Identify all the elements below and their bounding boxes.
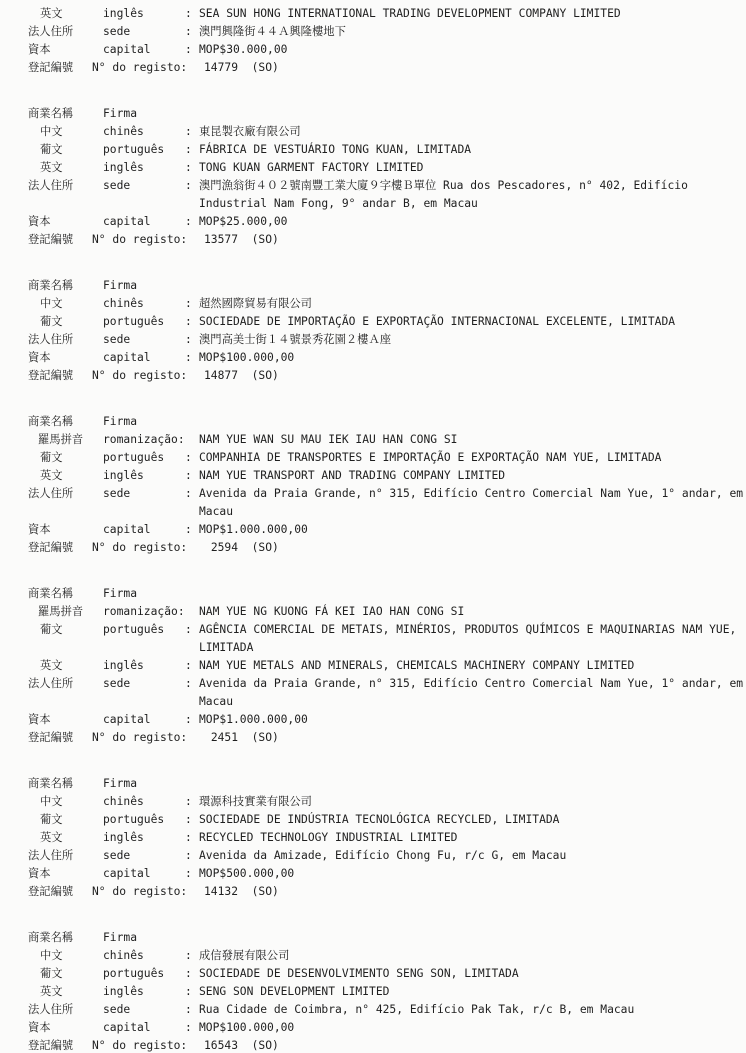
field-label-pt: Firma <box>103 929 185 947</box>
field-label-pt: Firma <box>103 413 185 431</box>
field-row: 資本capital:MOP$100.000,00 <box>28 349 746 367</box>
field-label-pt: inglês <box>103 829 185 847</box>
field-separator <box>185 929 199 947</box>
field-label-zh: 登記編號 <box>28 231 92 249</box>
field-row: 英文inglês:TONG KUAN GARMENT FACTORY LIMIT… <box>28 159 746 177</box>
field-row: 英文inglês:NAM YUE TRANSPORT AND TRADING C… <box>28 467 746 485</box>
field-label-pt: sede <box>103 675 185 711</box>
company-record: 商業名稱Firma中文chinês:環源科技實業有限公司葡文português:… <box>28 775 746 901</box>
field-value: NAM YUE NG KUONG FÁ KEI IAO HAN CONG SI <box>199 603 746 621</box>
field-row: 中文chinês:超然國際貿易有限公司 <box>28 295 746 313</box>
field-separator: : <box>185 965 199 983</box>
field-value <box>199 413 746 431</box>
field-label-pt: capital <box>103 711 185 729</box>
field-label-zh: 登記編號 <box>28 1037 92 1053</box>
field-label-zh: 法人住所 <box>28 177 103 213</box>
field-separator: : <box>185 23 199 41</box>
company-record: 英文inglês:SEA SUN HONG INTERNATIONAL TRAD… <box>28 5 746 77</box>
field-separator: : <box>185 41 199 59</box>
field-label-pt: N° do registo: <box>92 367 204 385</box>
field-label-zh: 商業名稱 <box>28 775 103 793</box>
field-label-pt: chinês <box>103 123 185 141</box>
field-value: 澳門高美士街１４號景秀花園２樓Ａ座 <box>199 331 746 349</box>
field-separator: : <box>185 485 199 521</box>
field-row: 商業名稱Firma <box>28 775 746 793</box>
field-row: 英文inglês:RECYCLED TECHNOLOGY INDUSTRIAL … <box>28 829 746 847</box>
field-value: MOP$25.000,00 <box>199 213 746 231</box>
field-row: 葡文português:COMPANHIA DE TRANSPORTES E I… <box>28 449 746 467</box>
field-row: 羅馬拼音romanização:NAM YUE NG KUONG FÁ KEI … <box>28 603 746 621</box>
field-value: SENG SON DEVELOPMENT LIMITED <box>199 983 746 1001</box>
field-value <box>199 277 746 295</box>
field-row: 資本capital:MOP$100.000,00 <box>28 1019 746 1037</box>
field-separator: : <box>185 5 199 23</box>
field-separator: : <box>185 213 199 231</box>
field-value: AGÊNCIA COMERCIAL DE METAIS, MINÉRIOS, P… <box>199 621 746 657</box>
field-label-zh: 羅馬拼音 <box>28 603 103 621</box>
field-value: Avenida da Praia Grande, n° 315, Edifíci… <box>199 675 746 711</box>
field-separator <box>185 585 199 603</box>
field-label-zh: 英文 <box>28 467 103 485</box>
field-value: 澳門興隆街４４Ａ興隆樓地下 <box>199 23 746 41</box>
field-label-pt: sede <box>103 23 185 41</box>
field-value: 14877 (SO) <box>204 367 746 385</box>
field-row: 法人住所sede:澳門高美士街１４號景秀花園２樓Ａ座 <box>28 331 746 349</box>
field-row: 資本capital:MOP$25.000,00 <box>28 213 746 231</box>
field-value: 2594 (SO) <box>204 539 746 557</box>
field-label-zh: 法人住所 <box>28 23 103 41</box>
company-record: 商業名稱Firma羅馬拼音romanização:NAM YUE WAN SU … <box>28 413 746 557</box>
field-value: Avenida da Amizade, Edifício Chong Fu, r… <box>199 847 746 865</box>
field-value: SEA SUN HONG INTERNATIONAL TRADING DEVEL… <box>199 5 746 23</box>
field-separator: : <box>185 467 199 485</box>
field-row: 資本capital:MOP$1.000.000,00 <box>28 711 746 729</box>
field-value: FÁBRICA DE VESTUÁRIO TONG KUAN, LIMITADA <box>199 141 746 159</box>
field-separator: : <box>185 1019 199 1037</box>
field-value: MOP$30.000,00 <box>199 41 746 59</box>
field-value <box>199 929 746 947</box>
field-label-zh: 資本 <box>28 213 103 231</box>
field-label-zh: 葡文 <box>28 449 103 467</box>
field-separator: : <box>185 159 199 177</box>
field-label-pt: romanização: <box>103 603 199 621</box>
field-separator: : <box>185 521 199 539</box>
field-value: Avenida da Praia Grande, n° 315, Edifíci… <box>199 485 746 521</box>
field-label-pt: capital <box>103 865 185 883</box>
field-value: MOP$500.000,00 <box>199 865 746 883</box>
field-value: MOP$100.000,00 <box>199 1019 746 1037</box>
field-label-zh: 商業名稱 <box>28 585 103 603</box>
field-label-zh: 登記編號 <box>28 883 92 901</box>
field-label-pt: Firma <box>103 277 185 295</box>
field-row: 法人住所sede:澳門興隆街４４Ａ興隆樓地下 <box>28 23 746 41</box>
field-label-zh: 登記編號 <box>28 729 92 747</box>
field-label-zh: 中文 <box>28 123 103 141</box>
field-row: 登記編號N° do registo:14132 (SO) <box>28 883 746 901</box>
field-row: 商業名稱Firma <box>28 277 746 295</box>
field-value: NAM YUE METALS AND MINERALS, CHEMICALS M… <box>199 657 746 675</box>
field-label-zh: 中文 <box>28 295 103 313</box>
field-row: 法人住所sede:Avenida da Amizade, Edifício Ch… <box>28 847 746 865</box>
field-label-pt: português <box>103 313 185 331</box>
field-separator <box>185 775 199 793</box>
field-label-pt: capital <box>103 1019 185 1037</box>
field-label-zh: 登記編號 <box>28 59 92 77</box>
field-label-pt: português <box>103 141 185 159</box>
field-value: TONG KUAN GARMENT FACTORY LIMITED <box>199 159 746 177</box>
field-label-pt: português <box>103 621 185 657</box>
field-label-pt: capital <box>103 349 185 367</box>
field-separator: : <box>185 123 199 141</box>
field-label-pt: N° do registo: <box>92 729 204 747</box>
field-row: 葡文português:SOCIEDADE DE IMPORTAÇÃO E EX… <box>28 313 746 331</box>
field-label-pt: N° do registo: <box>92 1037 204 1053</box>
field-separator: : <box>185 711 199 729</box>
field-separator: : <box>185 847 199 865</box>
field-separator: : <box>185 829 199 847</box>
field-row: 葡文português:AGÊNCIA COMERCIAL DE METAIS,… <box>28 621 746 657</box>
field-row: 商業名稱Firma <box>28 105 746 123</box>
field-label-zh: 葡文 <box>28 965 103 983</box>
field-label-pt: chinês <box>103 295 185 313</box>
field-label-pt: N° do registo: <box>92 231 204 249</box>
field-label-pt: sede <box>103 331 185 349</box>
field-label-zh: 英文 <box>28 829 103 847</box>
field-label-zh: 英文 <box>28 5 103 23</box>
field-separator <box>185 105 199 123</box>
field-label-zh: 法人住所 <box>28 847 103 865</box>
field-label-zh: 法人住所 <box>28 485 103 521</box>
field-separator: : <box>185 657 199 675</box>
field-separator <box>185 413 199 431</box>
field-value <box>199 585 746 603</box>
field-separator: : <box>185 793 199 811</box>
field-label-zh: 英文 <box>28 983 103 1001</box>
field-label-zh: 資本 <box>28 865 103 883</box>
field-label-pt: capital <box>103 41 185 59</box>
field-label-zh: 法人住所 <box>28 675 103 711</box>
field-label-pt: Firma <box>103 105 185 123</box>
field-value: SOCIEDADE DE IMPORTAÇÃO E EXPORTAÇÃO INT… <box>199 313 746 331</box>
field-value: 14132 (SO) <box>204 883 746 901</box>
field-row: 登記編號N° do registo: 2451 (SO) <box>28 729 746 747</box>
field-row: 法人住所sede:澳門漁翁街４０２號南豐工業大廈９字樓Ｂ單位 Rua dos P… <box>28 177 746 213</box>
field-separator: : <box>185 947 199 965</box>
field-label-pt: romanização: <box>103 431 199 449</box>
field-label-pt: português <box>103 811 185 829</box>
field-label-zh: 法人住所 <box>28 331 103 349</box>
field-label-zh: 法人住所 <box>28 1001 103 1019</box>
field-separator: : <box>185 983 199 1001</box>
field-row: 登記編號N° do registo: 2594 (SO) <box>28 539 746 557</box>
field-label-zh: 資本 <box>28 1019 103 1037</box>
field-label-pt: inglês <box>103 5 185 23</box>
field-row: 英文inglês:NAM YUE METALS AND MINERALS, CH… <box>28 657 746 675</box>
field-separator: : <box>185 177 199 213</box>
field-label-pt: chinês <box>103 947 185 965</box>
field-value: 澳門漁翁街４０２號南豐工業大廈９字樓Ｂ單位 Rua dos Pescadores… <box>199 177 746 213</box>
company-record: 商業名稱Firma中文chinês:成信發展有限公司葡文português:SO… <box>28 929 746 1053</box>
field-label-pt: sede <box>103 177 185 213</box>
field-separator: : <box>185 675 199 711</box>
field-label-zh: 中文 <box>28 947 103 965</box>
field-row: 登記編號N° do registo:14779 (SO) <box>28 59 746 77</box>
field-label-pt: capital <box>103 521 185 539</box>
field-value: COMPANHIA DE TRANSPORTES E IMPORTAÇÃO E … <box>199 449 746 467</box>
field-label-zh: 葡文 <box>28 811 103 829</box>
field-label-pt: sede <box>103 847 185 865</box>
field-separator: : <box>185 1001 199 1019</box>
field-value <box>199 105 746 123</box>
field-label-zh: 資本 <box>28 711 103 729</box>
field-row: 登記編號N° do registo:13577 (SO) <box>28 231 746 249</box>
field-row: 葡文português:FÁBRICA DE VESTUÁRIO TONG KU… <box>28 141 746 159</box>
field-label-zh: 資本 <box>28 349 103 367</box>
field-label-pt: inglês <box>103 467 185 485</box>
field-row: 法人住所sede:Avenida da Praia Grande, n° 315… <box>28 485 746 521</box>
field-label-zh: 資本 <box>28 521 103 539</box>
field-label-zh: 商業名稱 <box>28 929 103 947</box>
field-value: 超然國際貿易有限公司 <box>199 295 746 313</box>
field-label-zh: 羅馬拼音 <box>28 431 103 449</box>
company-record: 商業名稱Firma羅馬拼音romanização:NAM YUE NG KUON… <box>28 585 746 747</box>
field-label-pt: inglês <box>103 983 185 1001</box>
field-row: 法人住所sede:Avenida da Praia Grande, n° 315… <box>28 675 746 711</box>
field-row: 中文chinês:東昆製衣廠有限公司 <box>28 123 746 141</box>
field-separator: : <box>185 331 199 349</box>
field-separator: : <box>185 811 199 829</box>
field-separator: : <box>185 295 199 313</box>
field-value: 東昆製衣廠有限公司 <box>199 123 746 141</box>
field-label-pt: capital <box>103 213 185 231</box>
field-label-zh: 英文 <box>28 159 103 177</box>
field-label-pt: inglês <box>103 159 185 177</box>
field-row: 羅馬拼音romanização:NAM YUE WAN SU MAU IEK I… <box>28 431 746 449</box>
field-row: 資本capital:MOP$30.000,00 <box>28 41 746 59</box>
field-value: MOP$100.000,00 <box>199 349 746 367</box>
field-row: 英文inglês:SEA SUN HONG INTERNATIONAL TRAD… <box>28 5 746 23</box>
field-label-pt: chinês <box>103 793 185 811</box>
field-separator: : <box>185 621 199 657</box>
field-row: 法人住所sede:Rua Cidade de Coimbra, n° 425, … <box>28 1001 746 1019</box>
field-value: MOP$1.000.000,00 <box>199 521 746 539</box>
field-separator: : <box>185 313 199 331</box>
field-row: 中文chinês:成信發展有限公司 <box>28 947 746 965</box>
company-record: 商業名稱Firma中文chinês:東昆製衣廠有限公司葡文português:F… <box>28 105 746 249</box>
field-label-pt: português <box>103 965 185 983</box>
field-value: MOP$1.000.000,00 <box>199 711 746 729</box>
field-separator <box>185 277 199 295</box>
field-row: 商業名稱Firma <box>28 929 746 947</box>
field-label-zh: 商業名稱 <box>28 105 103 123</box>
field-label-zh: 英文 <box>28 657 103 675</box>
field-value: 環源科技實業有限公司 <box>199 793 746 811</box>
field-label-pt: Firma <box>103 585 185 603</box>
field-label-pt: inglês <box>103 657 185 675</box>
field-row: 葡文português:SOCIEDADE DE DESENVOLVIMENTO… <box>28 965 746 983</box>
field-row: 中文chinês:環源科技實業有限公司 <box>28 793 746 811</box>
field-label-pt: Firma <box>103 775 185 793</box>
field-label-zh: 葡文 <box>28 141 103 159</box>
field-label-pt: sede <box>103 1001 185 1019</box>
field-label-pt: N° do registo: <box>92 539 204 557</box>
company-record: 商業名稱Firma中文chinês:超然國際貿易有限公司葡文português:… <box>28 277 746 385</box>
field-row: 商業名稱Firma <box>28 585 746 603</box>
field-label-pt: português <box>103 449 185 467</box>
field-separator: : <box>185 865 199 883</box>
field-label-pt: sede <box>103 485 185 521</box>
field-row: 登記編號N° do registo:14877 (SO) <box>28 367 746 385</box>
field-value: SOCIEDADE DE DESENVOLVIMENTO SENG SON, L… <box>199 965 746 983</box>
field-value: 13577 (SO) <box>204 231 746 249</box>
field-label-zh: 葡文 <box>28 313 103 331</box>
field-label-zh: 登記編號 <box>28 539 92 557</box>
field-label-zh: 登記編號 <box>28 367 92 385</box>
field-label-zh: 葡文 <box>28 621 103 657</box>
field-value: RECYCLED TECHNOLOGY INDUSTRIAL LIMITED <box>199 829 746 847</box>
field-label-zh: 商業名稱 <box>28 413 103 431</box>
field-label-pt: N° do registo: <box>92 883 204 901</box>
field-row: 英文inglês:SENG SON DEVELOPMENT LIMITED <box>28 983 746 1001</box>
field-value: 2451 (SO) <box>204 729 746 747</box>
field-value: Rua Cidade de Coimbra, n° 425, Edifício … <box>199 1001 746 1019</box>
field-label-zh: 資本 <box>28 41 103 59</box>
field-label-zh: 商業名稱 <box>28 277 103 295</box>
field-value: 16543 (SO) <box>204 1037 746 1053</box>
field-row: 葡文português:SOCIEDADE DE INDÚSTRIA TECNO… <box>28 811 746 829</box>
field-value <box>199 775 746 793</box>
field-label-pt: N° do registo: <box>92 59 204 77</box>
registry-page: 英文inglês:SEA SUN HONG INTERNATIONAL TRAD… <box>0 0 746 1053</box>
field-separator: : <box>185 141 199 159</box>
field-value: NAM YUE WAN SU MAU IEK IAU HAN CONG SI <box>199 431 746 449</box>
field-row: 登記編號N° do registo:16543 (SO) <box>28 1037 746 1053</box>
field-label-zh: 中文 <box>28 793 103 811</box>
field-value: SOCIEDADE DE INDÚSTRIA TECNOLÓGICA RECYC… <box>199 811 746 829</box>
field-separator: : <box>185 349 199 367</box>
field-value: 14779 (SO) <box>204 59 746 77</box>
field-row: 商業名稱Firma <box>28 413 746 431</box>
field-value: NAM YUE TRANSPORT AND TRADING COMPANY LI… <box>199 467 746 485</box>
field-row: 資本capital:MOP$1.000.000,00 <box>28 521 746 539</box>
field-separator: : <box>185 449 199 467</box>
field-value: 成信發展有限公司 <box>199 947 746 965</box>
field-row: 資本capital:MOP$500.000,00 <box>28 865 746 883</box>
